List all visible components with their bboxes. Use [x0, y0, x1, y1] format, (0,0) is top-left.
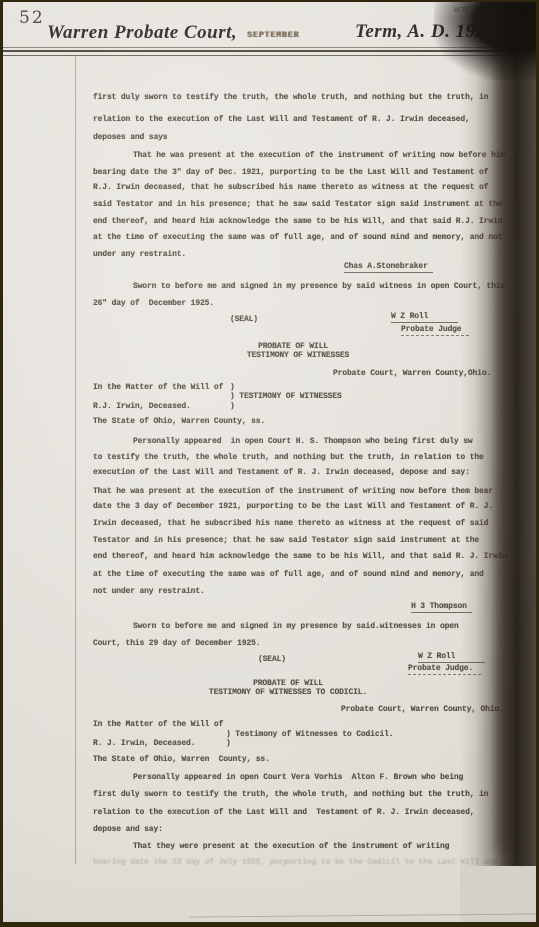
typed-line: ): [230, 402, 235, 411]
typed-line: end thereof, and heard him acknowledge t…: [93, 217, 502, 226]
typed-line: In the Matter of the Will of: [93, 720, 223, 729]
typed-line: end thereof, and heard him acknowledge t…: [93, 552, 507, 561]
typed-line: Personally appeared in open Court Vera V…: [133, 773, 463, 782]
typed-line: under any restraint.: [93, 250, 186, 259]
typed-line: ): [230, 383, 235, 392]
seal-notation: (SEAL): [258, 655, 286, 664]
term-label: Term, A. D. 1925: [355, 21, 491, 43]
typed-line: said Testator and in his presence; that …: [93, 200, 502, 209]
typed-line: The State of Ohio, Warren County, ss.: [93, 417, 265, 426]
typed-line: Testator and in his presence; that he sa…: [93, 536, 479, 545]
typed-line: relation to the execution of the Last Wi…: [93, 115, 470, 124]
typed-line: ) Testimony of Witnesses to Codicil.: [226, 730, 393, 739]
judge-title: Probate Judge.: [408, 664, 481, 675]
typed-line: In the Matter of the Will of: [93, 383, 223, 392]
header-rule-bottom: [3, 55, 536, 56]
typed-line: R.J. Irwin, Deceased.: [93, 402, 191, 411]
typed-line: relation to the execution of the Last Wi…: [93, 808, 474, 817]
typed-line: at the time of executing the same was of…: [93, 570, 484, 579]
typed-line: That they were present at the execution …: [133, 842, 449, 851]
typed-line: Personally appeared in open Court H. S. …: [133, 437, 473, 446]
term-month-stamp: SEPTEMBER: [247, 31, 299, 40]
section-heading: TESTIMONY OF WITNESSES TO CODICIL.: [143, 688, 433, 697]
judge-title: Probate Judge: [401, 325, 469, 336]
typed-line: R.J. Irwin deceased, that he subscribed …: [93, 183, 488, 192]
typed-line: ): [226, 739, 231, 748]
typed-line: The State of Ohio, Warren County, ss.: [93, 755, 270, 764]
typed-line: at the time of executing the same was of…: [93, 233, 502, 242]
typed-line: bearing date the 3" day of Dec. 1921, pu…: [93, 168, 488, 177]
section-heading: PROBATE OF WILL: [208, 342, 378, 351]
document-page: 52 Warren Probate Court, SEPTEMBER Term,…: [3, 2, 536, 922]
section-heading: PROBATE OF WILL: [198, 679, 378, 688]
header-rule-main: [3, 50, 536, 52]
binding-shadow-core: [496, 57, 514, 852]
typed-line: to testify the truth, the whole truth, a…: [93, 453, 484, 462]
typed-line: Irwin deceased, that he subscribed his n…: [93, 519, 488, 528]
typed-line: Sworn to before me and signed in my pres…: [133, 282, 505, 291]
typed-line: Sworn to before me and signed in my pres…: [133, 622, 459, 631]
typed-line: first duly sworn to testify the truth, t…: [93, 93, 488, 102]
paper-vignette: [3, 2, 536, 922]
seal-notation: (SEAL): [230, 315, 258, 324]
term-year-suffix: 5: [486, 22, 492, 33]
typed-line: 26" day of December 1925.: [93, 299, 214, 308]
typed-line: not under any restraint.: [93, 587, 205, 596]
typed-line: Court, this 29 day of December 1925.: [93, 639, 260, 648]
scanned-document-frame: 52 Warren Probate Court, SEPTEMBER Term,…: [0, 0, 539, 927]
typed-line: date the 3 day of December 1921, purport…: [93, 502, 493, 511]
court-name: Warren Probate Court,: [47, 22, 237, 44]
typed-line: That he was present at the execution of …: [93, 487, 493, 496]
typed-line: Probate Court, Warren County, Ohio.: [341, 705, 504, 714]
left-margin-rule: [75, 56, 76, 864]
binding-shadow: [460, 2, 536, 866]
signature-judge: W Z Roll: [418, 652, 485, 663]
typed-line: first duly sworn to testify the truth, t…: [93, 790, 488, 799]
section-heading: TESTIMONY OF WITNESSES: [203, 351, 393, 360]
signature-judge: W Z Roll: [391, 312, 458, 323]
typed-line: R. J. Irwin, Deceased.: [93, 739, 195, 748]
typed-line: execution of the Last Will and Testament…: [93, 468, 470, 477]
typed-line: Probate Court, Warren County,Ohio.: [333, 369, 491, 378]
signature-thompson: H 3 Thompson: [411, 602, 472, 613]
faded-line: bearing date the 23 day of July 1925, pu…: [93, 858, 498, 867]
typed-line: deposes and says: [93, 133, 167, 142]
handwritten-note: ww-51 pgs: [453, 2, 507, 15]
page-number: 52: [19, 8, 45, 28]
typed-line: depose and say:: [93, 825, 163, 834]
typed-line: That he was present at the execution of …: [133, 151, 505, 160]
typed-line: ) TESTIMONY OF WITNESSES: [230, 392, 342, 401]
signature-stonebraker: Chas A.Stonebraker: [344, 262, 433, 273]
header-rule-top: [3, 47, 536, 48]
